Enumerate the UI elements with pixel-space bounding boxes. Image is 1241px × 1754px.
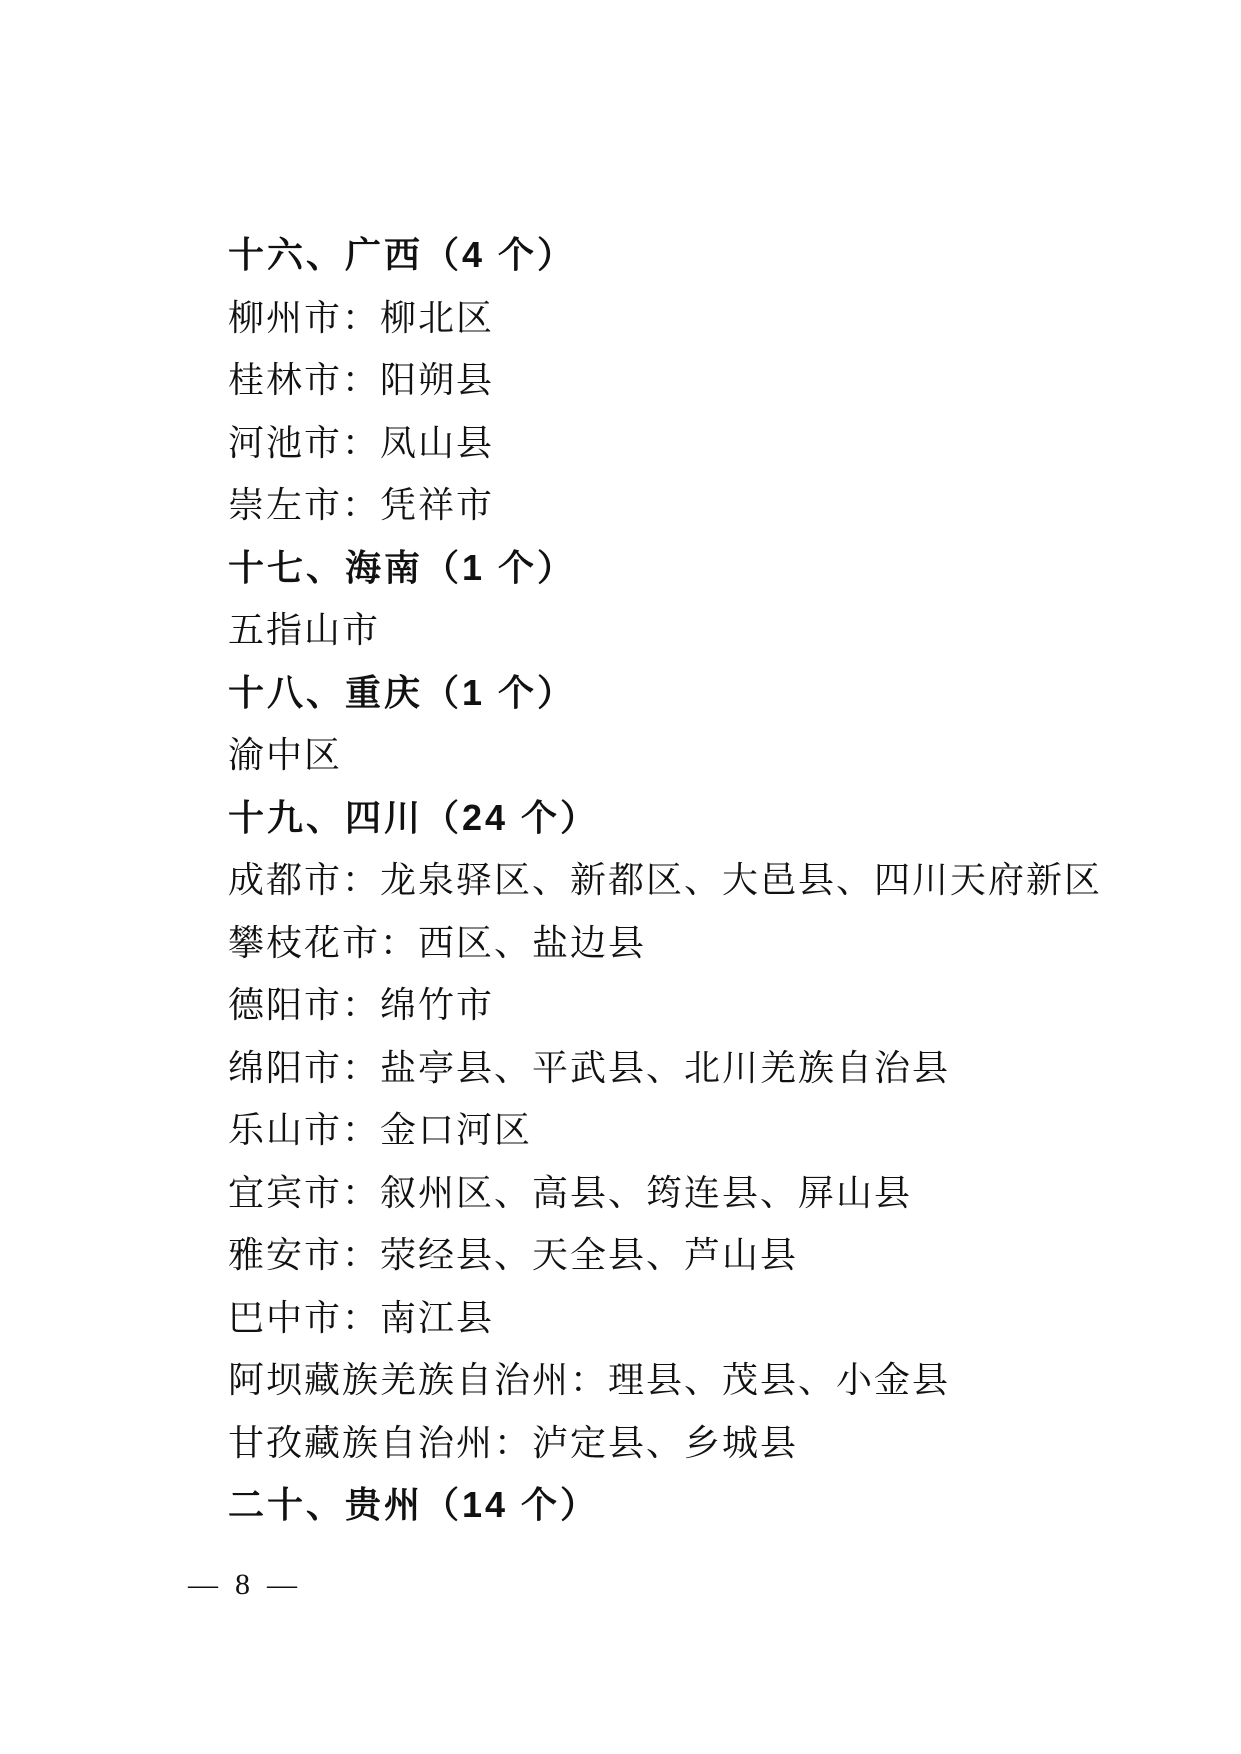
list-item: 桂林市：阳朔县 (228, 349, 1201, 412)
list-item: 河池市：凤山县 (228, 412, 1201, 475)
list-item: 柳州市：柳北区 (228, 287, 1201, 350)
list-item: 巴中市：南江县 (228, 1287, 1201, 1350)
page-footer: — 8 — (188, 1568, 297, 1602)
list-item: 宜宾市：叙州区、高县、筠连县、屏山县 (228, 1162, 1201, 1225)
list-item: 攀枝花市：西区、盐边县 (228, 912, 1201, 975)
list-item: 成都市：龙泉驿区、新都区、大邑县、四川天府新区 (228, 849, 1201, 912)
list-item: 德阳市：绵竹市 (228, 974, 1201, 1037)
list-item: 崇左市：凭祥市 (228, 474, 1201, 537)
footer-right-dash: — (267, 1568, 297, 1602)
document-page: 十六、广西（4 个）柳州市：柳北区桂林市：阳朔县河池市：凤山县崇左市：凭祥市十七… (0, 0, 1241, 1754)
section-heading: 十九、四川（24 个） (228, 787, 1201, 850)
list-item: 绵阳市：盐亭县、平武县、北川羌族自治县 (228, 1037, 1201, 1100)
footer-left-dash: — (188, 1568, 218, 1602)
list-item: 渝中区 (228, 724, 1201, 787)
list-item: 乐山市：金口河区 (228, 1099, 1201, 1162)
section-heading: 十六、广西（4 个） (228, 224, 1201, 287)
page-number: 8 (235, 1568, 250, 1602)
section-heading: 十七、海南（1 个） (228, 537, 1201, 600)
section-heading: 二十、贵州（14 个） (228, 1474, 1201, 1537)
list-item: 雅安市：荥经县、天全县、芦山县 (228, 1224, 1201, 1287)
document-body: 十六、广西（4 个）柳州市：柳北区桂林市：阳朔县河池市：凤山县崇左市：凭祥市十七… (228, 224, 1201, 1537)
list-item: 阿坝藏族羌族自治州：理县、茂县、小金县 (228, 1349, 1201, 1412)
list-item: 五指山市 (228, 599, 1201, 662)
section-heading: 十八、重庆（1 个） (228, 662, 1201, 725)
list-item: 甘孜藏族自治州：泸定县、乡城县 (228, 1412, 1201, 1475)
